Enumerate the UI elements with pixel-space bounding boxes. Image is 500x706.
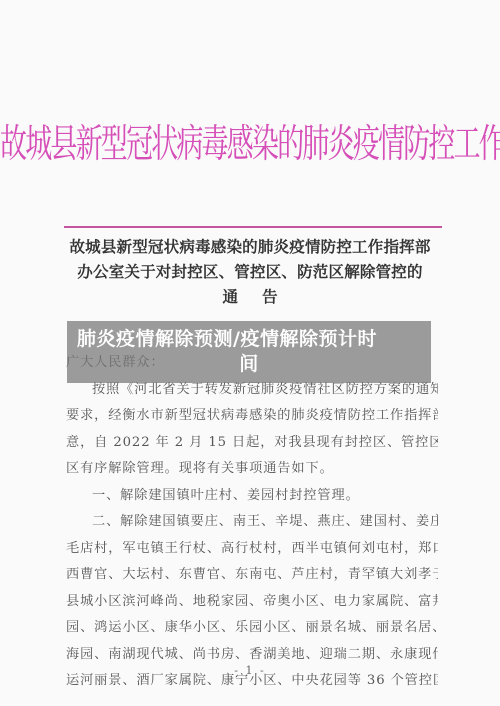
document-body: 广大人民群众： 按照《河北省关于转发新冠肺炎疫情社区防控方案的通知》 要求，经衡…	[66, 350, 438, 695]
body-line-item-2: 二、解除建国镇要庄、南王、辛堤、燕庄、建国村、姜庄、	[66, 509, 438, 536]
document-title-line-1: 故城县新型冠状病毒感染的肺炎疫情防控工作指挥部	[0, 234, 500, 259]
document-title: 故城县新型冠状病毒感染的肺炎疫情防控工作指挥部 办公室关于对封控区、管控区、防范…	[0, 234, 500, 309]
document-title-line-2: 办公室关于对封控区、管控区、防范区解除管控的	[0, 259, 500, 284]
body-line: 县城小区滨河峰尚、地税家园、帝奥小区、电力家属院、富邦家	[66, 589, 438, 616]
body-line-item-1: 一、解除建国镇叶庄村、姜园村封控管理。	[66, 483, 438, 510]
page-number: - 1 -	[0, 664, 500, 677]
body-line: 毛店村，军屯镇王行杖、高行杖村，西半屯镇何刘屯村，郑口镇	[66, 536, 438, 563]
body-line: 园、鸿运小区、康华小区、乐园小区、丽景名城、丽景名居、龙	[66, 615, 438, 642]
article-title-line-1: 肺炎疫情解除预测/疫情解除预计时	[77, 328, 377, 350]
article-title-banner[interactable]: 肺炎疫情解除预测/疫情解除预计时 间	[67, 321, 431, 383]
body-line: 西曹官、大坛村、东曹官、东南屯、芦庄村，青罕镇大刘孝子村，	[66, 562, 438, 589]
article-title-line-2: 间	[77, 352, 421, 377]
body-line: 意，自 2022 年 2 月 15 日起，对我县现有封控区、管控区和防范	[66, 430, 438, 457]
article-title: 肺炎疫情解除预测/疫情解除预计时 间	[77, 327, 421, 377]
body-line: 要求，经衡水市新型冠状病毒感染的肺炎疫情防控工作指挥部同	[66, 403, 438, 430]
document-page: 故城县新型冠状病毒感染的肺炎疫情防控工作指挥部办公室 故城县新型冠状病毒感染的肺…	[0, 0, 500, 706]
document-title-notice: 通告	[0, 284, 500, 309]
red-letterhead: 故城县新型冠状病毒感染的肺炎疫情防控工作指挥部办公室	[0, 112, 500, 169]
letterhead-divider	[64, 226, 442, 228]
body-line: 区有序解除管理。现将有关事项通告如下。	[66, 456, 438, 483]
